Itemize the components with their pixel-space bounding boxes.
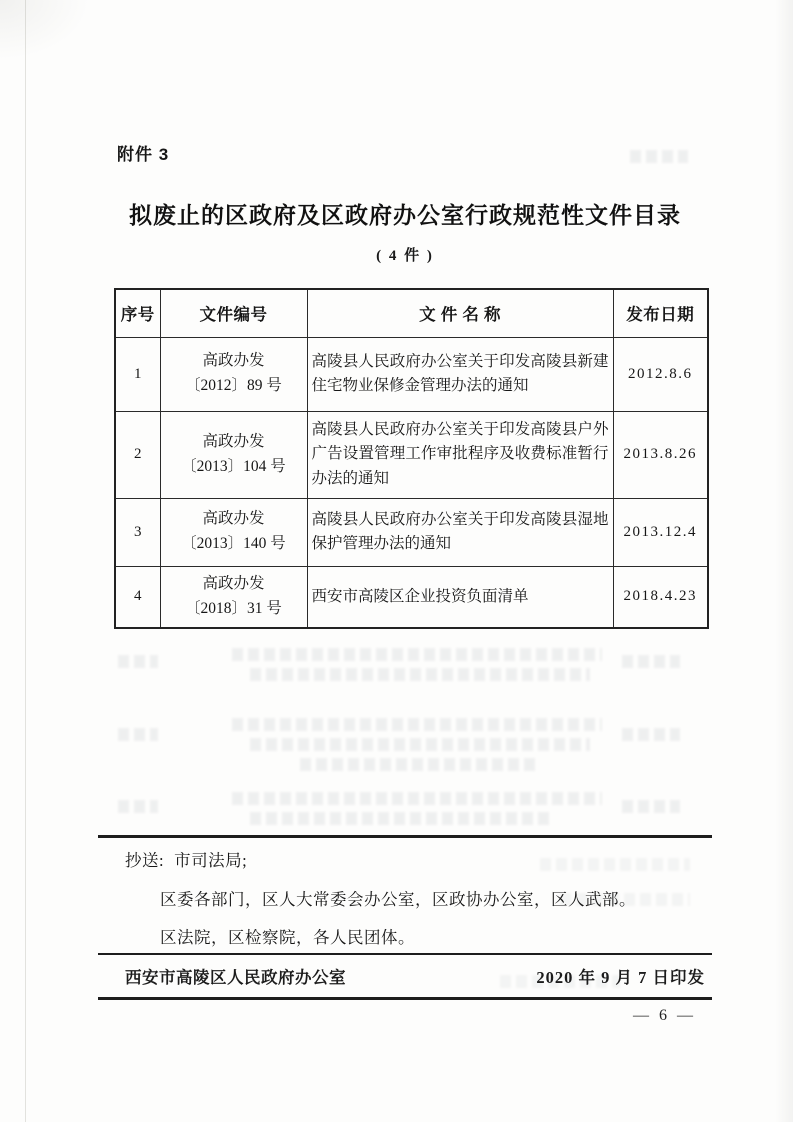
bleed-through-artifact: [232, 648, 602, 661]
bleed-through-artifact: [622, 655, 680, 668]
table-cell-seq: 2: [115, 411, 160, 498]
scan-edge-artifact: [0, 0, 90, 60]
table-cell-seq: 1: [115, 337, 160, 411]
table-cell-doc-no: 高政办发 〔2013〕140 号: [160, 498, 307, 566]
table-cell-date: 2018.4.23: [613, 566, 708, 628]
table-cell-seq: 3: [115, 498, 160, 566]
issuing-office: 西安市高陵区人民政府办公室: [125, 964, 346, 988]
attachment-label: 附件 3: [117, 140, 169, 165]
page-number: — 6 —: [633, 1007, 696, 1025]
scanned-document-page: 附件 3 拟废止的区政府及区政府办公室行政规范性文件目录 ( 4 件 ) 序号 …: [0, 0, 793, 1122]
bleed-through-artifact: [250, 738, 590, 751]
bleed-through-artifact: [622, 728, 680, 741]
bleed-through-artifact: [630, 150, 688, 163]
table-row: 1高政办发 〔2012〕89 号高陵县人民政府办公室关于印发高陵县新建住宅物业保…: [115, 337, 708, 411]
scan-edge-artifact: [25, 0, 26, 1122]
divider-rule: [98, 953, 712, 955]
cc-recipients-1: 市司法局;: [174, 851, 247, 870]
column-header-title: 文 件 名 称: [307, 289, 613, 337]
documents-table: 序号 文件编号 文 件 名 称 发布日期 1高政办发 〔2012〕89 号高陵县…: [114, 288, 709, 629]
print-date: 2020 年 9 月 7 日印发: [536, 964, 705, 988]
table-row: 2高政办发 〔2013〕104 号高陵县人民政府办公室关于印发高陵县户外广告设置…: [115, 411, 708, 498]
item-count-subtitle: ( 4 件 ): [105, 244, 705, 265]
table-cell-title: 高陵县人民政府办公室关于印发高陵县湿地保护管理办法的通知: [307, 498, 613, 566]
cc-recipients-3: 区法院，区检察院，各人民团体。: [160, 924, 415, 948]
table-cell-title: 西安市高陵区企业投资负面清单: [307, 566, 613, 628]
table-cell-date: 2012.8.6: [613, 337, 708, 411]
table-header-row: 序号 文件编号 文 件 名 称 发布日期: [115, 289, 708, 337]
table-row: 3高政办发 〔2013〕140 号高陵县人民政府办公室关于印发高陵县湿地保护管理…: [115, 498, 708, 566]
cc-label: 抄送:: [125, 851, 164, 870]
page-title: 拟废止的区政府及区政府办公室行政规范性文件目录: [105, 197, 705, 230]
bleed-through-artifact: [540, 858, 690, 871]
bleed-through-artifact: [250, 812, 550, 825]
column-header-doc-no: 文件编号: [160, 289, 307, 337]
scan-edge-artifact: [775, 0, 793, 1122]
bleed-through-artifact: [250, 668, 590, 681]
table-cell-title: 高陵县人民政府办公室关于印发高陵县户外广告设置管理工作审批程序及收费标准暂行办法…: [307, 411, 613, 498]
column-header-date: 发布日期: [613, 289, 708, 337]
table-cell-doc-no: 高政办发 〔2018〕31 号: [160, 566, 307, 628]
bleed-through-artifact: [232, 718, 602, 731]
table-cell-title: 高陵县人民政府办公室关于印发高陵县新建住宅物业保修金管理办法的通知: [307, 337, 613, 411]
divider-rule: [98, 997, 712, 1000]
cc-line: 抄送:市司法局;: [125, 847, 247, 871]
table-row: 4高政办发 〔2018〕31 号西安市高陵区企业投资负面清单2018.4.23: [115, 566, 708, 628]
bleed-through-artifact: [118, 800, 158, 813]
cc-recipients-2: 区委各部门，区人大常委会办公室，区政协办公室，区人武部。: [160, 886, 636, 910]
table-cell-doc-no: 高政办发 〔2013〕104 号: [160, 411, 307, 498]
bleed-through-artifact: [300, 758, 540, 771]
bleed-through-artifact: [622, 800, 680, 813]
table-cell-seq: 4: [115, 566, 160, 628]
documents-table-body: 1高政办发 〔2012〕89 号高陵县人民政府办公室关于印发高陵县新建住宅物业保…: [115, 337, 708, 628]
table-cell-date: 2013.12.4: [613, 498, 708, 566]
bleed-through-artifact: [232, 792, 602, 805]
table-cell-date: 2013.8.26: [613, 411, 708, 498]
divider-rule: [98, 835, 712, 838]
column-header-seq: 序号: [115, 289, 160, 337]
bleed-through-artifact: [118, 655, 158, 668]
bleed-through-artifact: [118, 728, 158, 741]
table-cell-doc-no: 高政办发 〔2012〕89 号: [160, 337, 307, 411]
